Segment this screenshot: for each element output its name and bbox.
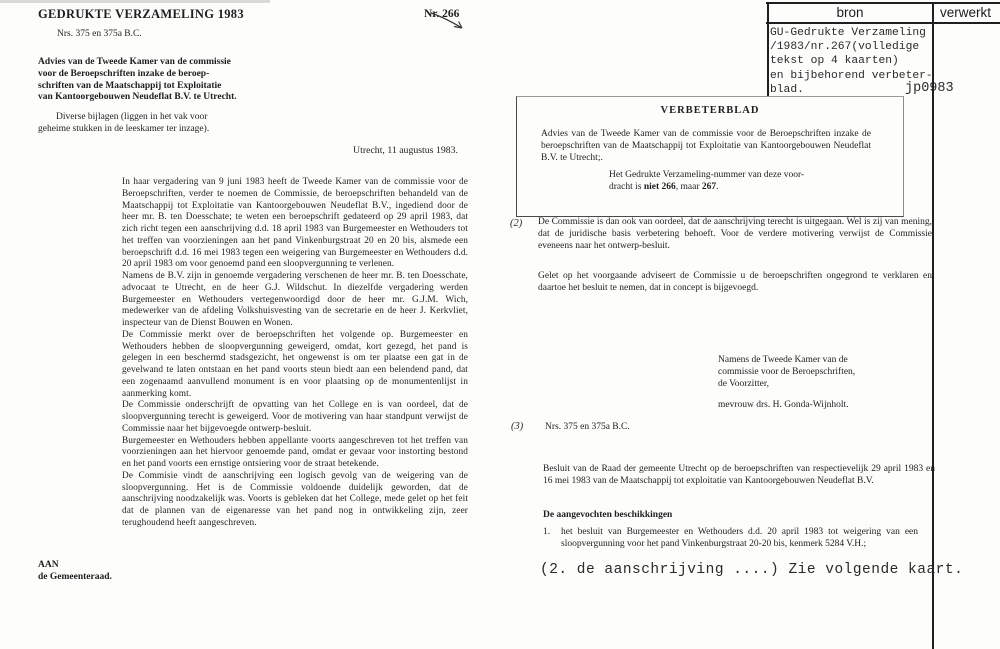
correction-line1: Het Gedrukte Verzameling-nummer van deze… bbox=[609, 170, 804, 180]
main-body: In haar vergadering van 9 juni 1983 heef… bbox=[122, 177, 468, 530]
dateline: Utrecht, 11 augustus 1983. bbox=[280, 145, 458, 156]
verbeterblad-advies: Advies van de Tweede Kamer van de commis… bbox=[541, 129, 871, 164]
advice-paragraph: De Commissie is dan ook van oordeel, dat… bbox=[538, 217, 932, 252]
body-paragraph: De Commisie vindt de aanschrijving een l… bbox=[122, 471, 468, 530]
body-paragraph: Burgemeester en Wethouders hebben appell… bbox=[122, 436, 468, 471]
correction-suffix: . bbox=[716, 182, 718, 192]
beschikking-item: het besluit van Burgemeester en Wethoude… bbox=[561, 527, 918, 551]
scan-edge-artifact bbox=[0, 0, 270, 3]
signer-name: mevrouw drs. H. Gonda-Wijnholt. bbox=[718, 400, 849, 412]
doc-title: GEDRUKTE VERZAMELING 1983 bbox=[38, 7, 244, 22]
correction-bold-niet: niet 266 bbox=[644, 182, 676, 192]
registry-table-top-border bbox=[766, 2, 1000, 4]
body-paragraph: Namens de B.V. zijn in genoemde vergader… bbox=[122, 271, 468, 330]
besluit-paragraph: Besluit van de Raad der gemeente Utrecht… bbox=[543, 464, 935, 488]
registry-column-divider bbox=[932, 2, 934, 649]
body-paragraph: De Commissie onderschrijft de opvatting … bbox=[122, 400, 468, 435]
conclusion-paragraph: Gelet op het voorgaande adviseert de Com… bbox=[538, 271, 932, 295]
verbeterblad-box: VERBETERBLAD Advies van de Tweede Kamer … bbox=[516, 96, 904, 217]
body-paragraph: De Commissie merkt over de beroepschrift… bbox=[122, 330, 468, 401]
bijlagen-note: Diverse bijlagen (liggen in het vak voor… bbox=[38, 112, 268, 136]
correction-mid: , maar bbox=[676, 182, 702, 192]
case-numbers: Nrs. 375 en 375a B.C. bbox=[57, 29, 142, 41]
advies-summary: Advies van de Tweede Kamer van de commis… bbox=[38, 57, 268, 104]
verbeterblad-title: VERBETERBLAD bbox=[517, 105, 903, 116]
correction-prefix: dracht is bbox=[609, 182, 644, 192]
body-paragraph: In haar vergadering van 9 juni 1983 heef… bbox=[122, 177, 468, 271]
beschikkingen-heading: De aangevochten beschikkingen bbox=[543, 510, 672, 520]
correction-note: Het Gedrukte Verzameling-nummer van deze… bbox=[609, 170, 889, 194]
bron-header: bron bbox=[768, 5, 932, 20]
handwritten-mark-3: (3) bbox=[511, 421, 523, 432]
document-scan: GEDRUKTE VERZAMELING 1983 Nr. 266 Nrs. 3… bbox=[0, 0, 1000, 649]
correction-bold-267: 267 bbox=[702, 182, 716, 192]
addressee: AAN de Gemeenteraad. bbox=[38, 560, 112, 583]
case-numbers-right: Nrs. 375 en 375a B.C. bbox=[545, 422, 630, 434]
signature-block: Namens de Tweede Kamer van de commissie … bbox=[718, 355, 918, 390]
typewritten-note: (2. de aanschrijving ....) Zie volgende … bbox=[540, 562, 963, 578]
verwerkt-header: verwerkt bbox=[940, 5, 991, 20]
handwritten-arrow-icon bbox=[430, 9, 468, 35]
beschikking-item-number: 1. bbox=[543, 527, 550, 539]
verwerkt-code: jp0983 bbox=[905, 81, 954, 96]
handwritten-mark-2: (2) bbox=[510, 218, 522, 229]
registry-header-underline bbox=[766, 22, 1000, 24]
